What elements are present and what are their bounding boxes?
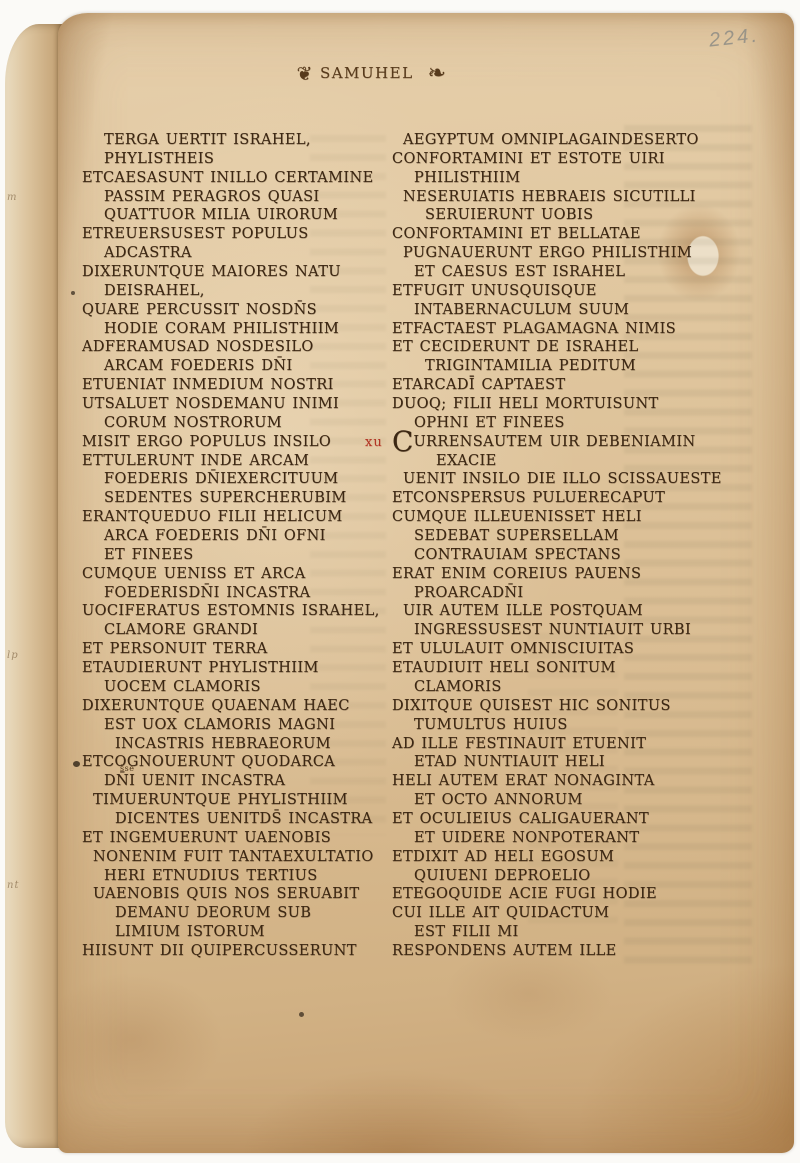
text-line: SEDEBAT SUPERSELLAM xyxy=(392,527,728,546)
text-line: QUIUENI DEPROELIO xyxy=(392,867,728,886)
text-line: ETFACTAEST PLAGAMAGNA NIMIS xyxy=(392,320,728,339)
text-line: TRIGINTAMILIA PEDITUM xyxy=(392,357,728,376)
text-line: ADCASTRA xyxy=(82,244,384,263)
manuscript-page: 224. ❦SAMUHEL❧ TERGA UERTIT ISRAHEL,PHYL… xyxy=(58,13,794,1153)
text-line: ETCONSPERSUS PULUERECAPUT xyxy=(392,489,728,508)
ink-speck xyxy=(73,761,80,767)
text-column-left: TERGA UERTIT ISRAHEL,PHYLISTHEISETCAESAS… xyxy=(82,131,384,961)
text-line: CUI ILLE AIT QUIDACTUM xyxy=(392,904,728,923)
text-line: UOCIFERATUS ESTOMNIS ISRAHEL, xyxy=(82,602,384,621)
text-line: CONFORTAMINI ET ESTOTE UIRI xyxy=(392,150,728,169)
text-line: CURRENSAUTEM UIR DEBENIAMINxu xyxy=(392,433,728,452)
text-line: ET OCULIEIUS CALIGAUERANT xyxy=(392,810,728,829)
folio-number: 224. xyxy=(708,24,761,52)
text-line: ET CECIDERUNT DE ISRAHEL xyxy=(392,338,728,357)
text-line: EST UOX CLAMORIS MAGNI xyxy=(82,716,384,735)
text-line: CORUM NOSTRORUM xyxy=(82,414,384,433)
text-line: ETARCADĪ CAPTAEST xyxy=(392,376,728,395)
text-line: DIXERUNTQUE MAIORES NATU xyxy=(82,263,384,282)
text-line: CLAMORIS xyxy=(392,678,728,697)
text-line: DICENTES UENITDS̄ INCASTRA xyxy=(82,810,384,829)
text-line: ADFERAMUSAD NOSDESILO xyxy=(82,338,384,357)
text-line: ARCAM FOEDERIS DN̄I xyxy=(82,357,384,376)
text-line: ETCAESASUNT INILLO CERTAMINE xyxy=(82,169,384,188)
text-line: QUARE PERCUSSIT NOSDN̄S xyxy=(82,301,384,320)
text-line: DEISRAHEL, xyxy=(82,282,384,301)
text-line: DEMANU DEORUM SUB xyxy=(82,904,384,923)
text-line: UIR AUTEM ILLE POSTQUAM xyxy=(392,602,728,621)
text-line: CUMQUE ILLEUENISSET HELI xyxy=(392,508,728,527)
text-line: ETFUGIT UNUSQUISQUE xyxy=(392,282,728,301)
interlinear-gloss: s̄se xyxy=(120,765,134,773)
text-line: ET FINEES xyxy=(82,546,384,565)
text-line: CLAMORE GRANDI xyxy=(82,621,384,640)
text-line: DUOQ; FILII HELI MORTUISUNT xyxy=(392,395,728,414)
text-line: MISIT ERGO POPULUS INSILO xyxy=(82,433,384,452)
text-line: ETEGOQUIDE ACIE FUGI HODIE xyxy=(392,885,728,904)
text-line: PROARCADN̄I xyxy=(392,584,728,603)
text-line: FOEDERISDN̄I INCASTRA xyxy=(82,584,384,603)
text-line: PUGNAUERUNT ERGO PHILISTHIM xyxy=(392,244,728,263)
text-line: ETAD NUNTIAUIT HELI xyxy=(392,753,728,772)
text-line: UENIT INSILO DIE ILLO SCISSAUESTE xyxy=(392,470,728,489)
ink-speck xyxy=(71,291,75,295)
text-line: INGRESSUSEST NUNTIAUIT URBI xyxy=(392,621,728,640)
text-line: AEGYPTUM OMNIPLAGAINDESERTO xyxy=(392,131,728,150)
text-line: SERUIERUNT UOBIS xyxy=(392,206,728,225)
text-line: ETAUDIUIT HELI SONITUM xyxy=(392,659,728,678)
text-line: HODIE CORAM PHILISTHIIM xyxy=(82,320,384,339)
text-line: TERGA UERTIT ISRAHEL, xyxy=(82,131,384,150)
text-line: HIISUNT DII QUIPERCUSSERUNT xyxy=(82,942,384,961)
text-line: CONTRAUIAM SPECTANS xyxy=(392,546,728,565)
text-line: DIXERUNTQUE QUAENAM HAEC xyxy=(82,697,384,716)
margin-fragment: nt xyxy=(7,880,19,891)
text-line: ET INGEMUERUNT UAENOBIS xyxy=(82,829,384,848)
text-line: ETTULERUNT INDE ARCAM xyxy=(82,452,384,471)
text-line: PHILISTHIIM xyxy=(392,169,728,188)
text-line: UTSALUET NOSDEMANU INIMI xyxy=(82,395,384,414)
text-line: UAENOBIS QUIS NOS SERUABIT xyxy=(82,885,384,904)
text-line: LIMIUM ISTORUM xyxy=(82,923,384,942)
running-title-text: SAMUHEL xyxy=(320,64,414,82)
text-line: OPHNI ET FINEES xyxy=(392,414,728,433)
text-line: CONFORTAMINI ET BELLATAE xyxy=(392,225,728,244)
text-line: DN̄I UENIT INCASTRAs̄se xyxy=(82,772,384,791)
text-line: CUMQUE UENISS ET ARCA xyxy=(82,565,384,584)
text-line: PHYLISTHEIS xyxy=(82,150,384,169)
text-line: ETAUDIERUNT PHYLISTHIIM xyxy=(82,659,384,678)
text-line: HELI AUTEM ERAT NONAGINTA xyxy=(392,772,728,791)
text-line: EXACIE xyxy=(392,452,728,471)
text-line: UOCEM CLAMORIS xyxy=(82,678,384,697)
text-line: ERANTQUEDUO FILII HELICUM xyxy=(82,508,384,527)
text-line: ET PERSONUIT TERRA xyxy=(82,640,384,659)
text-line: EST FILII MI xyxy=(392,923,728,942)
text-line: TUMULTUS HUIUS xyxy=(392,716,728,735)
text-line: AD ILLE FESTINAUIT ETUENIT xyxy=(392,735,728,754)
running-title: ❦SAMUHEL❧ xyxy=(58,61,686,86)
hedera-icon: ❧ xyxy=(428,61,448,86)
text-line: SEDENTES SUPERCHERUBIM xyxy=(82,489,384,508)
text-line: RESPONDENS AUTEM ILLE xyxy=(392,942,728,961)
ink-speck xyxy=(299,1012,304,1017)
text-line: HERI ETNUDIUS TERTIUS xyxy=(82,867,384,886)
text-line: ET UIDERE NONPOTERANT xyxy=(392,829,728,848)
text-line: INTABERNACULUM SUUM xyxy=(392,301,728,320)
text-line: ET CAESUS EST ISRAHEL xyxy=(392,263,728,282)
text-line: ERAT ENIM COREIUS PAUENS xyxy=(392,565,728,584)
text-line: ETUENIAT INMEDIUM NOSTRI xyxy=(82,376,384,395)
text-line: ETREUERSUSEST POPULUS xyxy=(82,225,384,244)
text-line: ETDIXIT AD HELI EGOSUM xyxy=(392,848,728,867)
text-line: NONENIM FUIT TANTAEXULTATIO xyxy=(82,848,384,867)
chapter-number-rubric: xu xyxy=(365,434,383,453)
text-line: FOEDERIS DN̄IEXERCITUUM xyxy=(82,470,384,489)
text-line: PASSIM PERAGROS QUASI xyxy=(82,188,384,207)
text-line: ET OCTO ANNORUM xyxy=(392,791,728,810)
text-line: DIXITQUE QUISEST HIC SONITUS xyxy=(392,697,728,716)
hedera-icon: ❦ xyxy=(297,63,314,85)
text-line: TIMUERUNTQUE PHYLISTHIIM xyxy=(82,791,384,810)
text-line: ARCA FOEDERIS DN̄I OFNI xyxy=(82,527,384,546)
text-line: QUATTUOR MILIA UIRORUM xyxy=(82,206,384,225)
margin-fragment: m xyxy=(7,192,17,203)
text-column-right: AEGYPTUM OMNIPLAGAINDESERTOCONFORTAMINI … xyxy=(392,131,728,961)
text-line: NESERUIATIS HEBRAEIS SICUTILLI xyxy=(392,188,728,207)
text-line: INCASTRIS HEBRAEORUM xyxy=(82,735,384,754)
margin-fragment: lp xyxy=(7,650,19,661)
text-line: ET ULULAUIT OMNISCIUITAS xyxy=(392,640,728,659)
